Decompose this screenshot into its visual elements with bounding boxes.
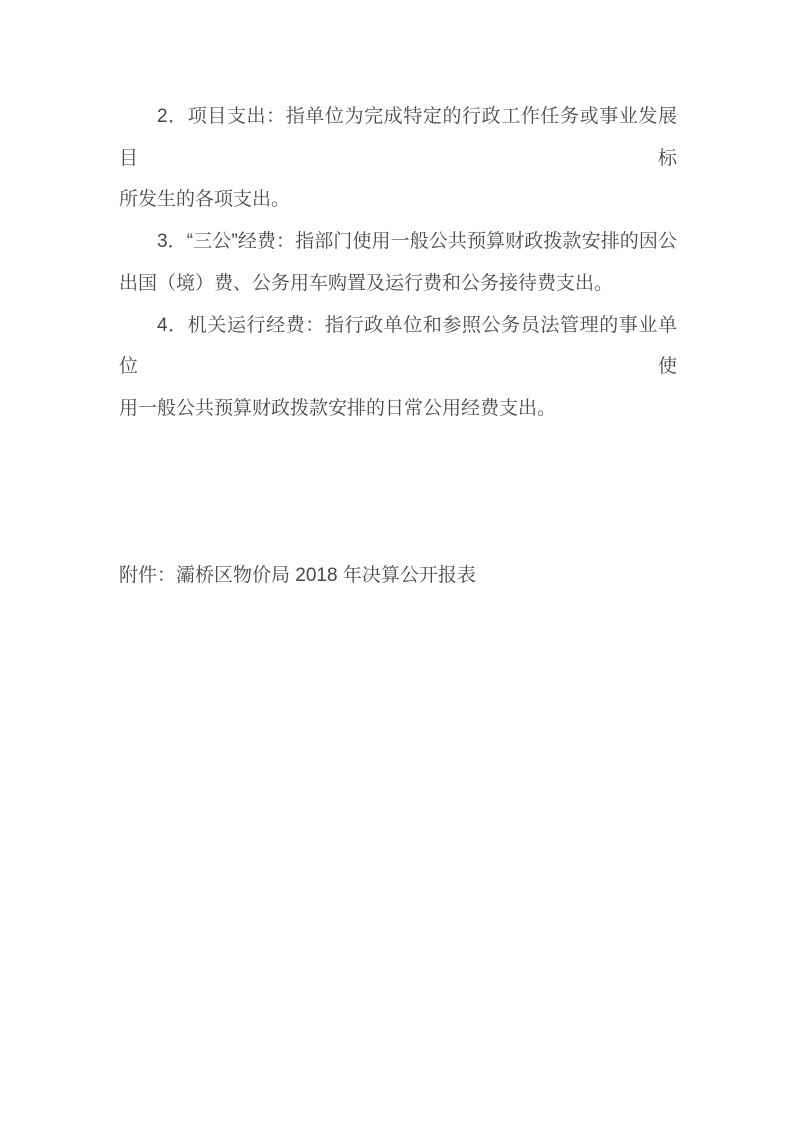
- paragraph-line: 出国（境）费、公务用车购置及运行费和公务接待费支出。: [119, 263, 677, 305]
- attachment-line: 附件：灞桥区物价局 2018 年决算公开报表: [119, 555, 677, 597]
- paragraph-line: 2．项目支出：指单位为完成特定的行政工作任务或事业发展目标: [119, 96, 677, 179]
- paragraph-line: 所发生的各项支出。: [119, 179, 677, 221]
- document-page: 2．项目支出：指单位为完成特定的行政工作任务或事业发展目标 所发生的各项支出。 …: [0, 0, 793, 1122]
- paragraph-line: 3．“三公”经费：指部门使用一般公共预算财政拨款安排的因公: [119, 221, 677, 263]
- paragraph-three-public-expenses: 3．“三公”经费：指部门使用一般公共预算财政拨款安排的因公 出国（境）费、公务用…: [119, 221, 677, 304]
- document-body: 2．项目支出：指单位为完成特定的行政工作任务或事业发展目标 所发生的各项支出。 …: [119, 96, 677, 596]
- attachment-note: 附件：灞桥区物价局 2018 年决算公开报表: [119, 555, 677, 597]
- paragraph-project-expenditure: 2．项目支出：指单位为完成特定的行政工作任务或事业发展目标 所发生的各项支出。: [119, 96, 677, 221]
- paragraph-agency-operating-expenses: 4．机关运行经费：指行政单位和参照公务员法管理的事业单位使 用一般公共预算财政拨…: [119, 305, 677, 430]
- paragraph-line: 4．机关运行经费：指行政单位和参照公务员法管理的事业单位使: [119, 305, 677, 388]
- paragraph-line: 用一般公共预算财政拨款安排的日常公用经费支出。: [119, 388, 677, 430]
